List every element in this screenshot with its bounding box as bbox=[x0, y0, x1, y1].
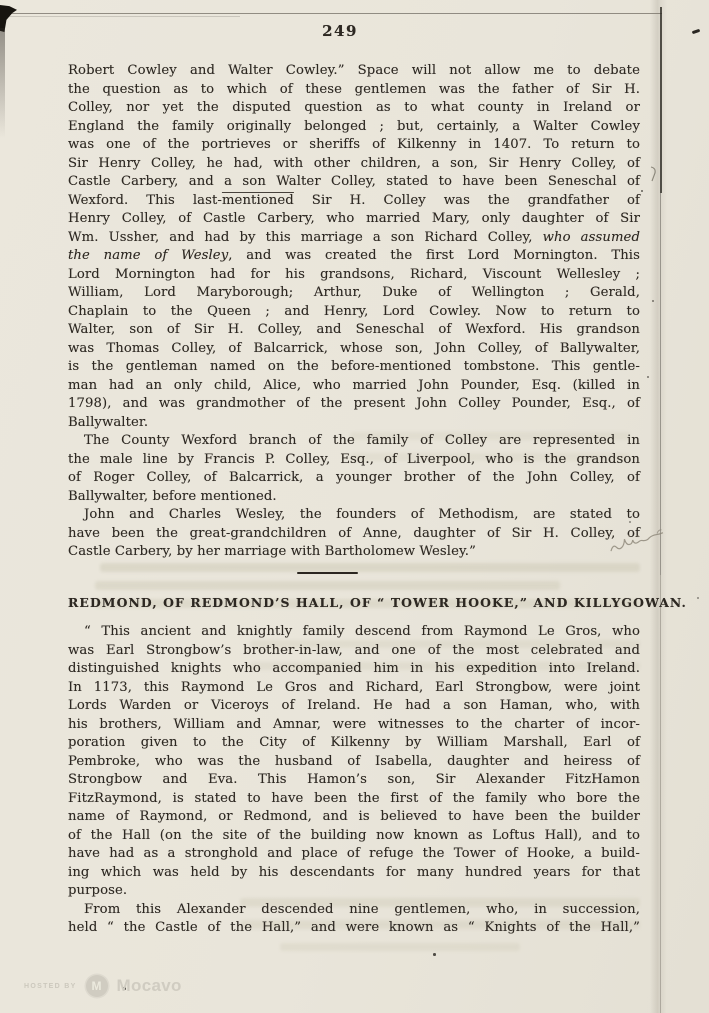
section-heading: REDMOND, OF REDMOND’S HALL, OF “ TOWER H… bbox=[68, 595, 640, 610]
text-line: Ballywalter, before mentioned. bbox=[68, 488, 640, 507]
text-line: Lords Warden or Viceroys of Ireland. He … bbox=[68, 697, 640, 716]
text-line: Castle Carbery, and a son Walter Colley,… bbox=[68, 173, 640, 192]
text-line: was Thomas Colley, of Balcarrick, whose … bbox=[68, 340, 640, 359]
text-segment: held “ the Castle of the Hall,” and were… bbox=[68, 920, 640, 935]
text-line: have been the great-grandchildren of Ann… bbox=[68, 525, 640, 544]
scan-speck bbox=[692, 29, 701, 34]
paragraph: From this Alexander descended nine gentl… bbox=[68, 901, 640, 938]
text-segment: name of Raymond, or Redmond, and is beli… bbox=[68, 809, 640, 824]
text-segment: Ballywalter, before mentioned. bbox=[68, 489, 277, 504]
text-line: of the Hall (on the site of the building… bbox=[68, 827, 640, 846]
hosted-by-label: HOSTED BY bbox=[24, 983, 77, 990]
scan-left-smudge bbox=[0, 28, 5, 138]
text-segment: of the Hall (on the site of the building… bbox=[68, 828, 640, 843]
text-column: Robert Cowley and Walter Cowley.” Space … bbox=[68, 62, 640, 938]
text-block-top: Robert Cowley and Walter Cowley.” Space … bbox=[68, 62, 640, 562]
text-line: Chaplain to the Queen ; and Henry, Lord … bbox=[68, 303, 640, 322]
text-block-bottom: “ This ancient and knightly family desce… bbox=[68, 623, 640, 938]
text-segment: FitzRaymond, is stated to have been the … bbox=[68, 791, 640, 806]
text-line: Strongbow and Eva. This Hamon’s son, Sir… bbox=[68, 771, 640, 790]
text-line: have had as a stronghold and place of re… bbox=[68, 845, 640, 864]
text-line: is the gentleman named on the before-men… bbox=[68, 358, 640, 377]
text-segment: “ This ancient and knightly family desce… bbox=[84, 624, 640, 639]
text-line: man had an only child, Alice, who marrie… bbox=[68, 377, 640, 396]
text-segment: Chaplain to the Queen ; and Henry, Lord … bbox=[68, 304, 640, 319]
text-line: his brothers, William and Amnar, were wi… bbox=[68, 716, 640, 735]
text-segment: the name of Wesley bbox=[68, 248, 228, 263]
text-segment: The County Wexford branch of the family … bbox=[84, 433, 640, 448]
text-line: 1798), and was grandmother of the presen… bbox=[68, 395, 640, 414]
text-line: distinguished knights who accompanied hi… bbox=[68, 660, 640, 679]
scan-speck bbox=[641, 190, 643, 192]
text-line: poration given to the City of Kilkenny b… bbox=[68, 734, 640, 753]
text-line: was one of the portrieves or sheriffs of… bbox=[68, 136, 640, 155]
text-line: William, Lord Maryborough; Arthur, Duke … bbox=[68, 284, 640, 303]
paragraph: The County Wexford branch of the family … bbox=[68, 432, 640, 506]
text-segment: Ballywalter. bbox=[68, 415, 148, 430]
text-line: In 1173, this Raymond Le Gros and Richar… bbox=[68, 679, 640, 698]
text-segment: Wm. Ussher, and had by this marriage a s… bbox=[68, 230, 543, 245]
text-segment: who assumed bbox=[543, 230, 640, 245]
text-line: purpose. bbox=[68, 882, 640, 901]
text-segment: purpose. bbox=[68, 883, 127, 898]
text-line: FitzRaymond, is stated to have been the … bbox=[68, 790, 640, 809]
text-segment: the male line by Francis P. Colley, Esq.… bbox=[68, 452, 640, 467]
text-segment: , and was created the first Lord Morning… bbox=[228, 248, 640, 263]
text-line: “ This ancient and knightly family desce… bbox=[68, 623, 640, 642]
text-line: name of Raymond, or Redmond, and is beli… bbox=[68, 808, 640, 827]
bleedthrough-line bbox=[280, 943, 520, 951]
text-segment: of Roger Colley, of Balcarrick, a younge… bbox=[68, 470, 640, 485]
text-segment: Castle Carbery, and a son Walter Colley,… bbox=[68, 174, 640, 189]
text-segment: was one of the portrieves or sheriffs of… bbox=[68, 137, 640, 152]
page-crease-shadow bbox=[650, 0, 667, 1013]
text-segment: Henry Colley, of Castle Carbery, who mar… bbox=[68, 211, 640, 226]
text-segment: Wexford. This last- bbox=[68, 193, 222, 208]
paragraph: Robert Cowley and Walter Cowley.” Space … bbox=[68, 62, 640, 432]
text-segment: poration given to the City of Kilkenny b… bbox=[68, 735, 640, 750]
text-segment: have had as a stronghold and place of re… bbox=[68, 846, 640, 861]
text-segment: is the gentleman named on the before-men… bbox=[68, 359, 640, 374]
text-line: Colley, nor yet the disputed question as… bbox=[68, 99, 640, 118]
page-crease-line bbox=[660, 575, 661, 1013]
scan-speck bbox=[697, 597, 699, 599]
scan-edge-rule bbox=[0, 13, 662, 14]
text-segment: his brothers, William and Amnar, were wi… bbox=[68, 717, 640, 732]
text-line: held “ the Castle of the Hall,” and were… bbox=[68, 919, 640, 938]
scan-speck bbox=[652, 300, 654, 302]
text-line: Lord Mornington had for his grandsons, R… bbox=[68, 266, 640, 285]
text-segment: Lord Mornington had for his grandsons, R… bbox=[68, 267, 640, 282]
text-segment: Pembroke, who was the husband of Isabell… bbox=[68, 754, 640, 769]
text-segment: John and Charles Wesley, the founders of… bbox=[84, 507, 640, 522]
hosting-watermark: HOSTED BY M Mocavo bbox=[24, 975, 182, 997]
paragraph: “ This ancient and knightly family desce… bbox=[68, 623, 640, 901]
text-line: Ballywalter. bbox=[68, 414, 640, 433]
text-line: Wm. Ussher, and had by this marriage a s… bbox=[68, 229, 640, 248]
text-segment: 1798), and was grandmother of the presen… bbox=[68, 396, 640, 411]
pencil-mark-small bbox=[648, 165, 660, 183]
text-segment: Robert Cowley and Walter Cowley.” Space … bbox=[68, 63, 640, 78]
text-segment: the question as to which of these gentle… bbox=[68, 82, 640, 97]
scan-speck bbox=[647, 376, 649, 378]
scan-speck bbox=[433, 953, 436, 956]
page-crease-line bbox=[660, 193, 661, 575]
text-segment: have been the great-grandchildren of Ann… bbox=[68, 526, 640, 541]
text-line: the male line by Francis P. Colley, Esq.… bbox=[68, 451, 640, 470]
mocavo-logo-icon: M bbox=[86, 975, 108, 997]
paragraph: John and Charles Wesley, the founders of… bbox=[68, 506, 640, 562]
text-segment: distinguished knights who accompanied hi… bbox=[68, 661, 640, 676]
text-line: Sir Henry Colley, he had, with other chi… bbox=[68, 155, 640, 174]
mocavo-wordmark: Mocavo bbox=[117, 976, 182, 996]
page-number: 249 bbox=[0, 22, 680, 40]
text-line: The County Wexford branch of the family … bbox=[68, 432, 640, 451]
text-line: ing which was held by his descendants fo… bbox=[68, 864, 640, 883]
text-line: of Roger Colley, of Balcarrick, a younge… bbox=[68, 469, 640, 488]
text-segment: Sir H. Colley was the grandfather of bbox=[294, 193, 640, 208]
text-segment: mentioned bbox=[222, 193, 294, 208]
text-line: England the family originally belonged ;… bbox=[68, 118, 640, 137]
text-line: Pembroke, who was the husband of Isabell… bbox=[68, 753, 640, 772]
text-line: John and Charles Wesley, the founders of… bbox=[68, 506, 640, 525]
text-line: the question as to which of these gentle… bbox=[68, 81, 640, 100]
text-segment: was Thomas Colley, of Balcarrick, whose … bbox=[68, 341, 640, 356]
section-divider-rule bbox=[297, 572, 358, 575]
text-line: Henry Colley, of Castle Carbery, who mar… bbox=[68, 210, 640, 229]
text-segment: Sir Henry Colley, he had, with other chi… bbox=[68, 156, 640, 171]
text-segment: Castle Carbery, by her marriage with Bar… bbox=[68, 544, 476, 559]
text-segment: Lords Warden or Viceroys of Ireland. He … bbox=[68, 698, 640, 713]
text-line: From this Alexander descended nine gentl… bbox=[68, 901, 640, 920]
text-line: Robert Cowley and Walter Cowley.” Space … bbox=[68, 62, 640, 81]
text-segment: Colley, nor yet the disputed question as… bbox=[68, 100, 640, 115]
text-segment: was Earl Strongbow’s brother-in-law, and… bbox=[68, 643, 640, 658]
scanned-book-page: 249 Robert Cowley and Walter Cowley.” Sp… bbox=[0, 0, 709, 1013]
text-segment: Strongbow and Eva. This Hamon’s son, Sir… bbox=[68, 772, 640, 787]
text-line: Walter, son of Sir H. Colley, and Senesc… bbox=[68, 321, 640, 340]
text-segment: Walter, son of Sir H. Colley, and Senesc… bbox=[68, 322, 640, 337]
scan-edge-rule-faint bbox=[0, 16, 240, 17]
text-segment: man had an only child, Alice, who marrie… bbox=[68, 378, 640, 393]
text-segment: William, Lord Maryborough; Arthur, Duke … bbox=[68, 285, 640, 300]
text-segment: In 1173, this Raymond Le Gros and Richar… bbox=[68, 680, 640, 695]
text-line: the name of Wesley, and was created the … bbox=[68, 247, 640, 266]
text-segment: From this Alexander descended nine gentl… bbox=[84, 902, 640, 917]
text-line: was Earl Strongbow’s brother-in-law, and… bbox=[68, 642, 640, 661]
text-line: Castle Carbery, by her marriage with Bar… bbox=[68, 543, 640, 562]
logo-letter: M bbox=[92, 979, 102, 993]
text-segment: England the family originally belonged ;… bbox=[68, 119, 640, 134]
text-segment: ing which was held by his descendants fo… bbox=[68, 865, 640, 880]
text-line: Wexford. This last-mentioned Sir H. Coll… bbox=[68, 192, 640, 211]
